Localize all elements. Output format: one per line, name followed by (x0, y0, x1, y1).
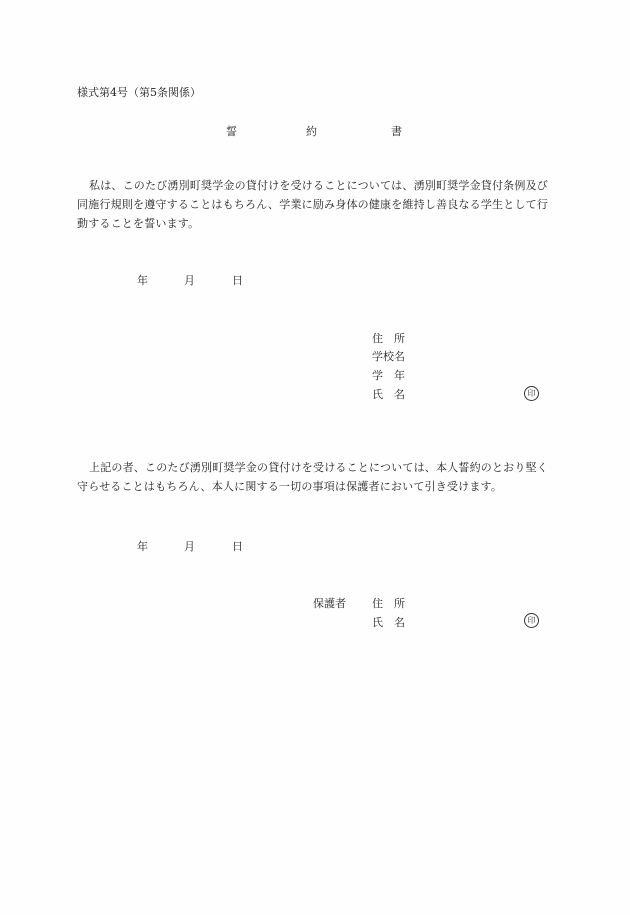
guardian-date-year-label: 年 (137, 538, 148, 554)
pledge-paragraph: 私は、このたび湧別町奨学金の貸付けを受けることについては、湧別町奨学金貸付条例及… (77, 176, 552, 233)
guardian-paragraph: 上記の者、このたび湧別町奨学金の貸付けを受けることについては、本人誓約のとおり堅… (77, 458, 552, 496)
guardian-name-label: 氏 名 (372, 614, 405, 630)
student-name-label: 氏 名 (372, 386, 405, 402)
guardian-label: 保護者 (313, 595, 346, 611)
pledge-text: 私は、このたび湧別町奨学金の貸付けを受けることについては、湧別町奨学金貸付条例及… (77, 179, 548, 230)
document-title-char-3: 書 (391, 123, 402, 139)
student-school-label: 学校名 (372, 348, 405, 364)
guardian-date-month-label: 月 (184, 538, 195, 554)
document-title-char-1: 誓 (226, 123, 237, 139)
student-grade-label: 学 年 (372, 367, 405, 383)
student-seal-icon: 印 (524, 386, 539, 401)
guardian-seal-icon: 印 (524, 613, 539, 628)
guardian-date-day-label: 日 (232, 538, 243, 554)
student-date-year-label: 年 (137, 272, 148, 288)
student-address-label: 住 所 (372, 330, 405, 346)
student-date-day-label: 日 (232, 272, 243, 288)
form-number: 様式第4号（第5条関係） (77, 84, 201, 100)
document-title-char-2: 約 (306, 123, 317, 139)
guardian-text: 上記の者、このたび湧別町奨学金の貸付けを受けることについては、本人誓約のとおり堅… (77, 461, 548, 493)
student-date-month-label: 月 (184, 272, 195, 288)
guardian-address-label: 住 所 (372, 595, 405, 611)
